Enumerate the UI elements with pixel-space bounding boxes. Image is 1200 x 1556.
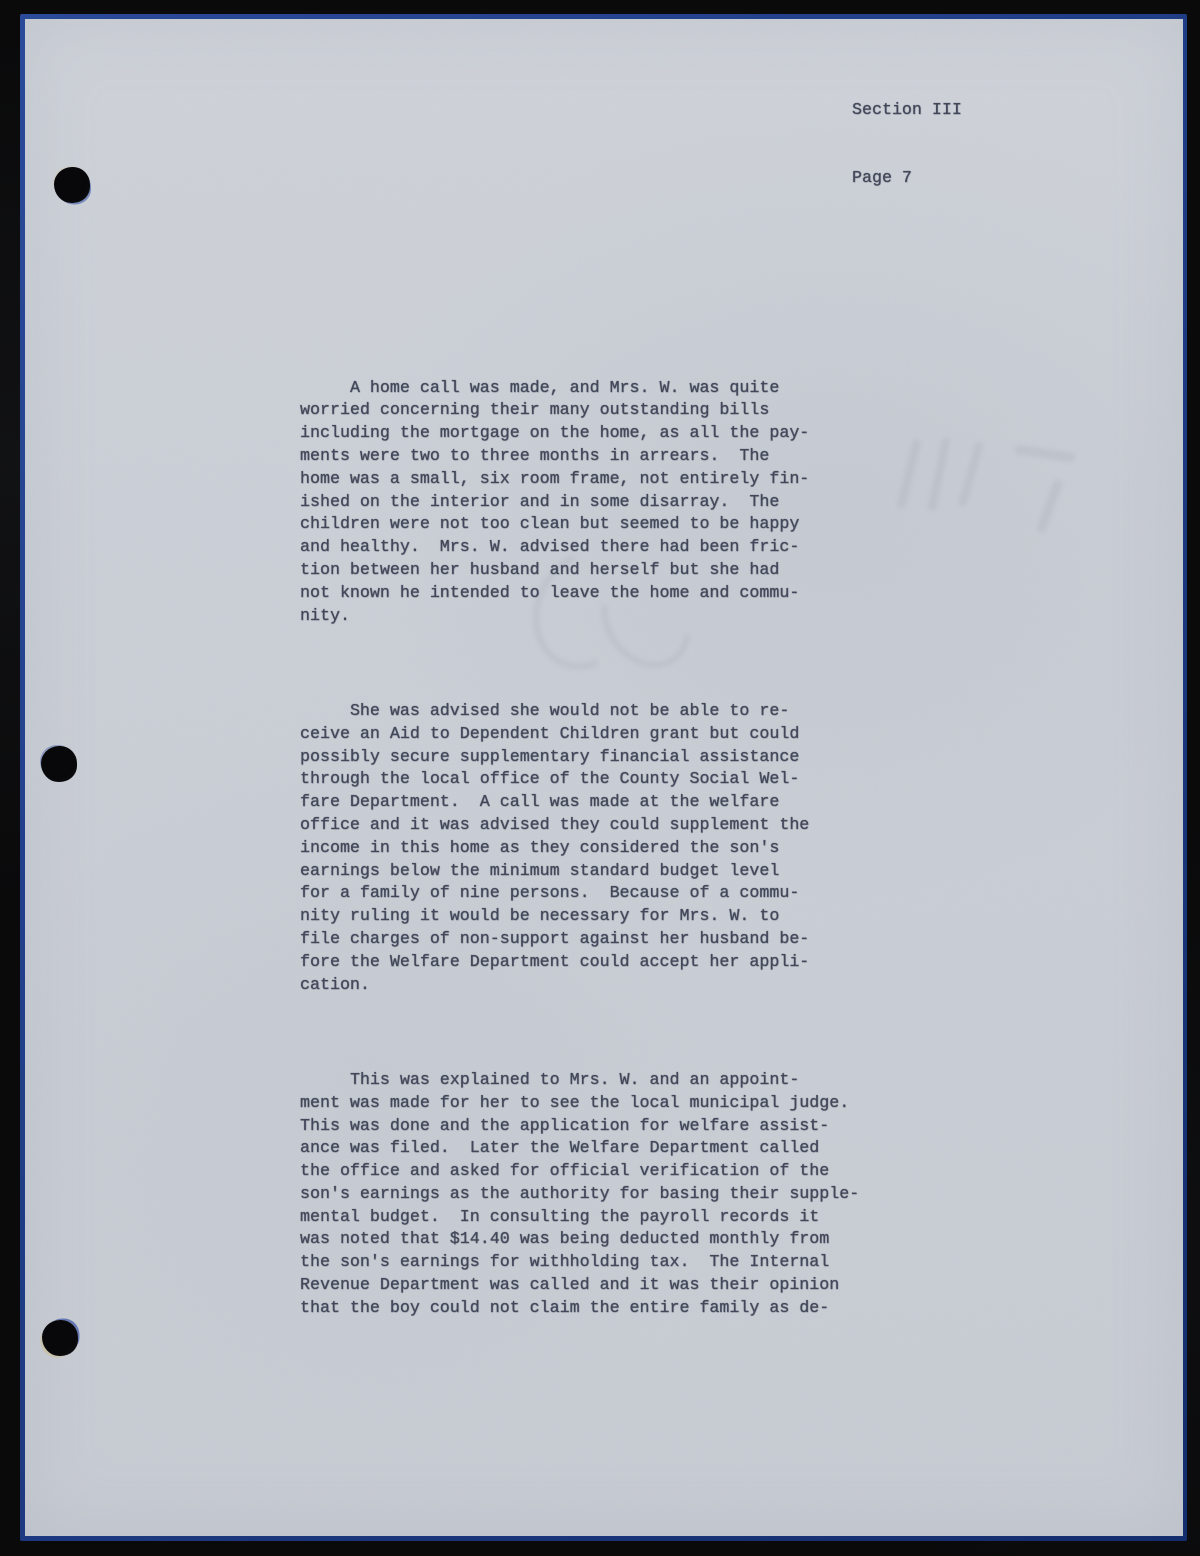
- hole-punch-bottom: [42, 1320, 78, 1356]
- ghost-stroke: [927, 437, 950, 511]
- paragraph-application-filed: This was explained to Mrs. W. and an app…: [300, 1069, 930, 1320]
- section-label: Section III: [852, 99, 962, 122]
- ghost-stroke: [958, 441, 984, 507]
- show-through-ghost-stamp: [895, 419, 1175, 569]
- paragraph-home-call: A home call was made, and Mrs. W. was qu…: [300, 377, 930, 628]
- page-number-label: Page 7: [852, 167, 962, 190]
- document-page: Section III Page 7 A home call was made,…: [25, 19, 1183, 1536]
- hole-punch-middle: [41, 746, 77, 782]
- paragraph-welfare-advice: She was advised she would not be able to…: [300, 700, 930, 996]
- page-header: Section III Page 7: [852, 53, 962, 235]
- ghost-stroke: [1015, 445, 1076, 462]
- ghost-stroke: [1036, 479, 1063, 534]
- blue-backing-sheet-edge: Section III Page 7 A home call was made,…: [20, 14, 1187, 1541]
- scanned-document-photo: Section III Page 7 A home call was made,…: [0, 0, 1200, 1556]
- hole-punch-top: [54, 167, 90, 203]
- body-text: A home call was made, and Mrs. W. was qu…: [300, 331, 930, 1365]
